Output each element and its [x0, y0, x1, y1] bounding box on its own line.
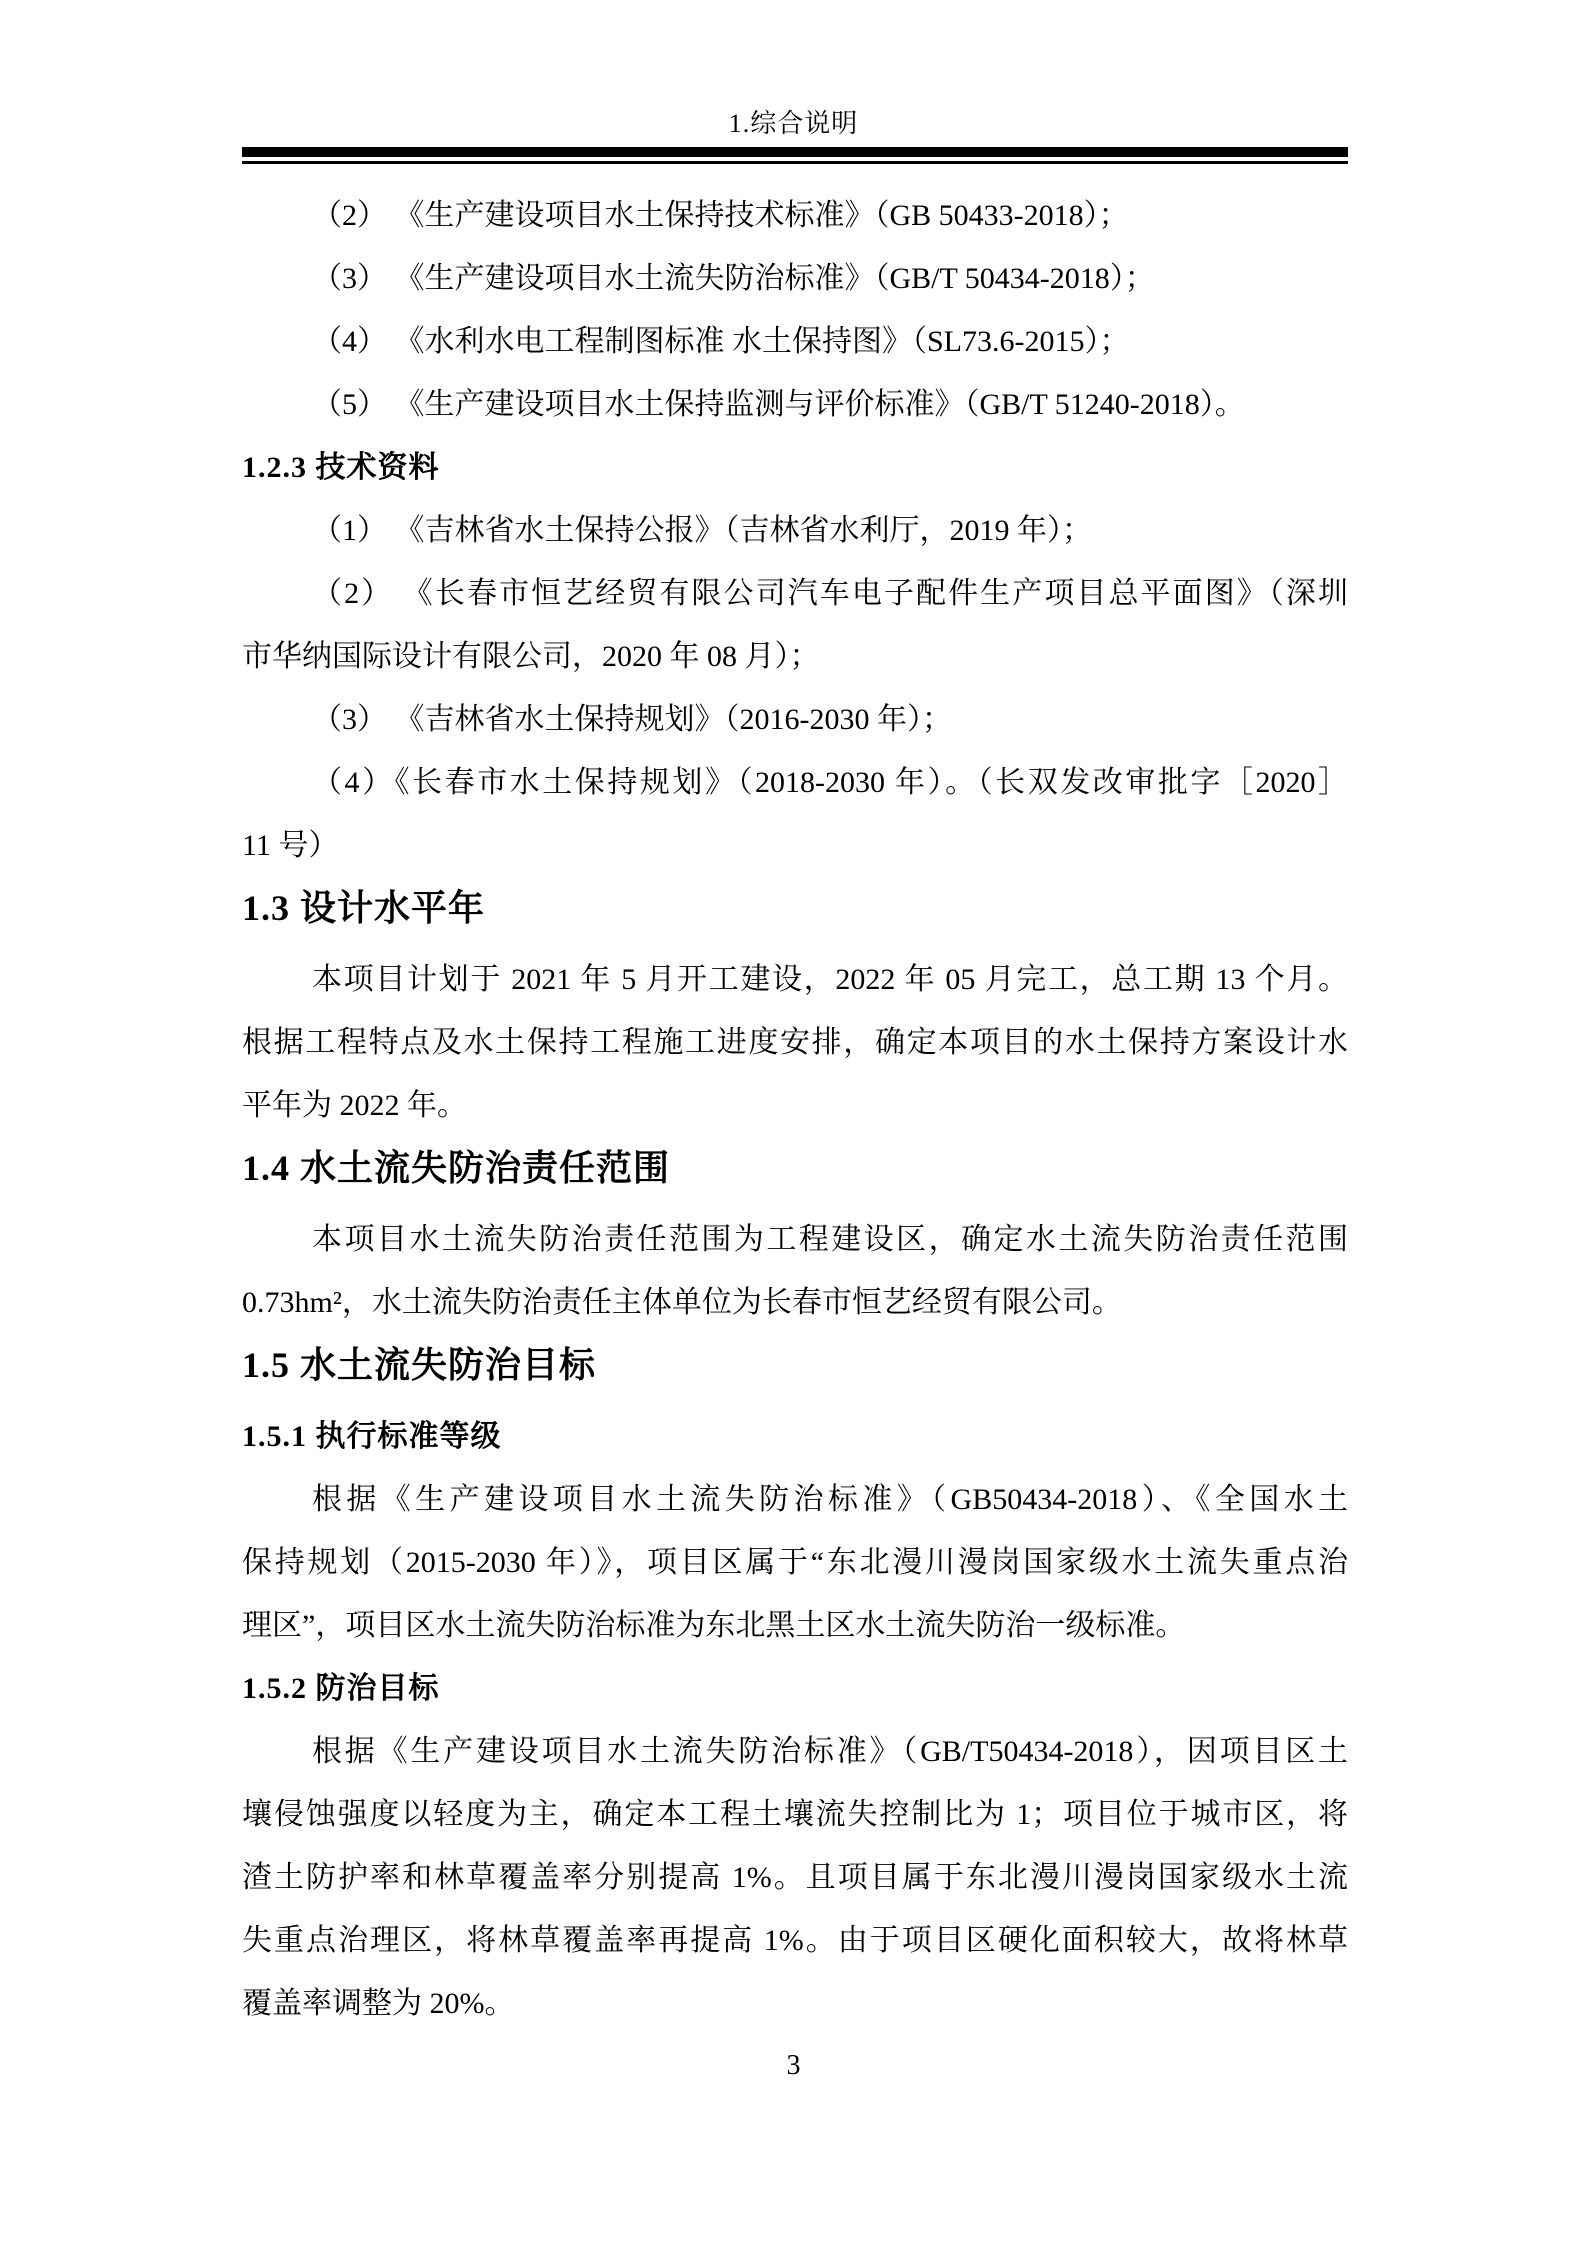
page-header-title: 1.综合说明	[0, 108, 1587, 140]
text-line: 11 号）	[242, 814, 1348, 877]
text-line: （1） 《吉林省水土保持公报》（吉林省水利厅，2019 年）；	[242, 499, 1348, 562]
section-heading: 1.5 水土流失防治目标	[242, 1334, 1348, 1397]
text-line: 本项目计划于 2021 年 5 月开工建设，2022 年 05 月完工，总工期 …	[242, 948, 1348, 1011]
text-line: （2） 《长春市恒艺经贸有限公司汽车电子配件生产项目总平面图》（深圳	[242, 562, 1348, 625]
subsection-heading: 1.5.2 防治目标	[242, 1657, 1348, 1720]
header-rule-thick	[242, 147, 1348, 157]
text-line: 渣土防护率和林草覆盖率分别提高 1%。且项目属于东北漫川漫岗国家级水土流	[242, 1846, 1348, 1909]
text-line: 壤侵蚀强度以轻度为主，确定本工程土壤流失控制比为 1；项目位于城市区，将	[242, 1783, 1348, 1846]
paragraph: （5） 《生产建设项目水土保持监测与评价标准》（GB/T 51240-2018）…	[242, 373, 1348, 436]
header-rule-thin	[242, 161, 1348, 164]
page-number: 3	[0, 2050, 1587, 2082]
text-line: 根据《生产建设项目水土流失防治标准》（GB50434-2018）、《全国水土	[242, 1468, 1348, 1531]
text-line: （2） 《生产建设项目水土保持技术标准》（GB 50433-2018）；	[242, 184, 1348, 247]
text-line: 0.73hm²，水土流失防治责任主体单位为长春市恒艺经贸有限公司。	[242, 1271, 1348, 1334]
text-line: （3） 《吉林省水土保持规划》（2016-2030 年）；	[242, 688, 1348, 751]
subsection-heading: 1.2.3 技术资料	[242, 436, 1348, 499]
paragraph: （2） 《生产建设项目水土保持技术标准》（GB 50433-2018）；	[242, 184, 1348, 247]
text-line: （4）《长春市水土保持规划》（2018-2030 年）。（长双发改审批字［202…	[242, 751, 1348, 814]
text-line: 根据工程特点及水土保持工程施工进度安排，确定本项目的水土保持方案设计水	[242, 1011, 1348, 1074]
text-line: 理区”，项目区水土流失防治标准为东北黑土区水土流失防治一级标准。	[242, 1594, 1348, 1657]
text-line: 失重点治理区，将林草覆盖率再提高 1%。由于项目区硬化面积较大，故将林草	[242, 1909, 1348, 1972]
section-heading: 1.4 水土流失防治责任范围	[242, 1137, 1348, 1200]
text-line: 保持规划（2015-2030 年）》，项目区属于“东北漫川漫岗国家级水土流失重点…	[242, 1531, 1348, 1594]
paragraph: （1） 《吉林省水土保持公报》（吉林省水利厅，2019 年）；	[242, 499, 1348, 562]
document-page: 1.综合说明 （2） 《生产建设项目水土保持技术标准》（GB 50433-201…	[0, 0, 1587, 2245]
paragraph: （2） 《长春市恒艺经贸有限公司汽车电子配件生产项目总平面图》（深圳市华纳国际设…	[242, 562, 1348, 688]
text-line: 覆盖率调整为 20%。	[242, 1972, 1348, 2035]
section-heading: 1.3 设计水平年	[242, 877, 1348, 940]
text-line: 市华纳国际设计有限公司，2020 年 08 月）；	[242, 625, 1348, 688]
paragraph: 根据《生产建设项目水土流失防治标准》（GB/T50434-2018），因项目区土…	[242, 1720, 1348, 2035]
document-body: （2） 《生产建设项目水土保持技术标准》（GB 50433-2018）；（3） …	[242, 184, 1348, 2035]
paragraph: 根据《生产建设项目水土流失防治标准》（GB50434-2018）、《全国水土保持…	[242, 1468, 1348, 1657]
text-line: （5） 《生产建设项目水土保持监测与评价标准》（GB/T 51240-2018）…	[242, 373, 1348, 436]
text-line: （3） 《生产建设项目水土流失防治标准》（GB/T 50434-2018）；	[242, 247, 1348, 310]
text-line: 本项目水土流失防治责任范围为工程建设区，确定水土流失防治责任范围	[242, 1208, 1348, 1271]
text-line: 平年为 2022 年。	[242, 1074, 1348, 1137]
paragraph: （3） 《生产建设项目水土流失防治标准》（GB/T 50434-2018）；	[242, 247, 1348, 310]
paragraph: 本项目水土流失防治责任范围为工程建设区，确定水土流失防治责任范围0.73hm²，…	[242, 1208, 1348, 1334]
text-line: 根据《生产建设项目水土流失防治标准》（GB/T50434-2018），因项目区土	[242, 1720, 1348, 1783]
text-line: （4） 《水利水电工程制图标准 水土保持图》（SL73.6-2015）；	[242, 310, 1348, 373]
subsection-heading: 1.5.1 执行标准等级	[242, 1405, 1348, 1468]
paragraph: （4）《长春市水土保持规划》（2018-2030 年）。（长双发改审批字［202…	[242, 751, 1348, 877]
paragraph: 本项目计划于 2021 年 5 月开工建设，2022 年 05 月完工，总工期 …	[242, 948, 1348, 1137]
paragraph: （3） 《吉林省水土保持规划》（2016-2030 年）；	[242, 688, 1348, 751]
paragraph: （4） 《水利水电工程制图标准 水土保持图》（SL73.6-2015）；	[242, 310, 1348, 373]
